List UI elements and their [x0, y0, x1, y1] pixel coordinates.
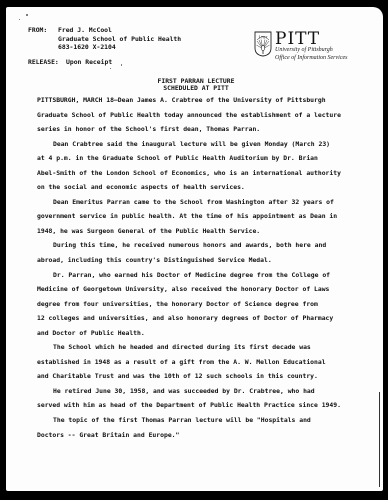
- release-value: Upon Receipt: [66, 58, 112, 66]
- from-phone: 683-1620 X-2104: [28, 43, 181, 52]
- scan-speck: [19, 19, 20, 20]
- body-line: Dean Emeritus Parran came to the School …: [37, 195, 341, 210]
- body-line: abroad, including this country's Disting…: [37, 253, 341, 268]
- body-line: Medicine of Georgetown University, also …: [37, 282, 341, 297]
- logo-title: PITT: [275, 31, 347, 47]
- body-line: served with him as head of the Departmen…: [37, 398, 341, 413]
- release-label: RELEASE:: [28, 58, 66, 66]
- headline: FIRST PARRAN LECTURE SCHEDULED AT PITT: [149, 78, 243, 92]
- body-text: PITTSBURGH, MARCH 18—Dean James A. Crabt…: [37, 93, 341, 442]
- body-line: During this time, he received numerous h…: [37, 238, 341, 253]
- body-line: and Charitable Trust and was the 10th of…: [37, 369, 341, 384]
- scan-speck: [26, 14, 28, 16]
- body-line: The School which he headed and directed …: [37, 340, 341, 355]
- body-line: 12 colleges and universities, and also h…: [37, 311, 341, 326]
- body-line: Abel-Smith of the London School of Econo…: [37, 166, 341, 181]
- body-line: on the social and economic aspects of he…: [37, 180, 341, 195]
- body-line: series in honor of the School's first de…: [37, 122, 341, 137]
- pitt-logo: 1787 PITT University of Pittsburgh Offic…: [254, 31, 347, 62]
- logo-office: Office of Information Services: [275, 55, 347, 63]
- body-line: and Doctor of Public Health.: [37, 326, 341, 341]
- body-line: Doctors -- Great Britain and Europe.": [37, 428, 341, 443]
- body-line: degree from four universities, the honor…: [37, 297, 341, 312]
- from-label: FROM:: [28, 26, 58, 35]
- body-line: Graduate School of Public Health today a…: [37, 108, 341, 123]
- university-seal-icon: 1787: [254, 31, 272, 57]
- press-release-page: FROM: Fred J. McCool Graduate School of …: [6, 7, 383, 491]
- body-line: 1948, he was Surgeon General of the Publ…: [37, 224, 341, 239]
- body-line: PITTSBURGH, MARCH 18—Dean James A. Crabt…: [37, 93, 341, 108]
- logo-university: University of Pittsburgh: [275, 47, 347, 55]
- body-line: He retired June 30, 1958, and was succee…: [37, 384, 341, 399]
- body-line: government service in public health. At …: [37, 209, 341, 224]
- svg-text:1787: 1787: [258, 36, 268, 40]
- from-row: FROM: Fred J. McCool: [28, 26, 181, 35]
- from-org: Graduate School of Public Health: [28, 35, 181, 44]
- scan-speck: [121, 64, 122, 66]
- scan-speck: [110, 68, 111, 69]
- release-row: RELEASE: Upon Receipt: [28, 58, 112, 66]
- header-block: FROM: Fred J. McCool Graduate School of …: [28, 26, 181, 52]
- body-line: Dean Crabtree said the inaugural lecture…: [37, 137, 341, 152]
- headline-line-2: SCHEDULED AT PITT: [149, 85, 243, 92]
- body-line: Dr. Parran, who earned his Doctor of Med…: [37, 268, 341, 283]
- body-line: established in 1948 as a result of a gif…: [37, 355, 341, 370]
- body-line: at 4 p.m. in the Graduate School of Publ…: [37, 151, 341, 166]
- body-line: The topic of the first Thomas Parran lec…: [37, 413, 341, 428]
- from-name: Fred J. McCool: [58, 26, 112, 35]
